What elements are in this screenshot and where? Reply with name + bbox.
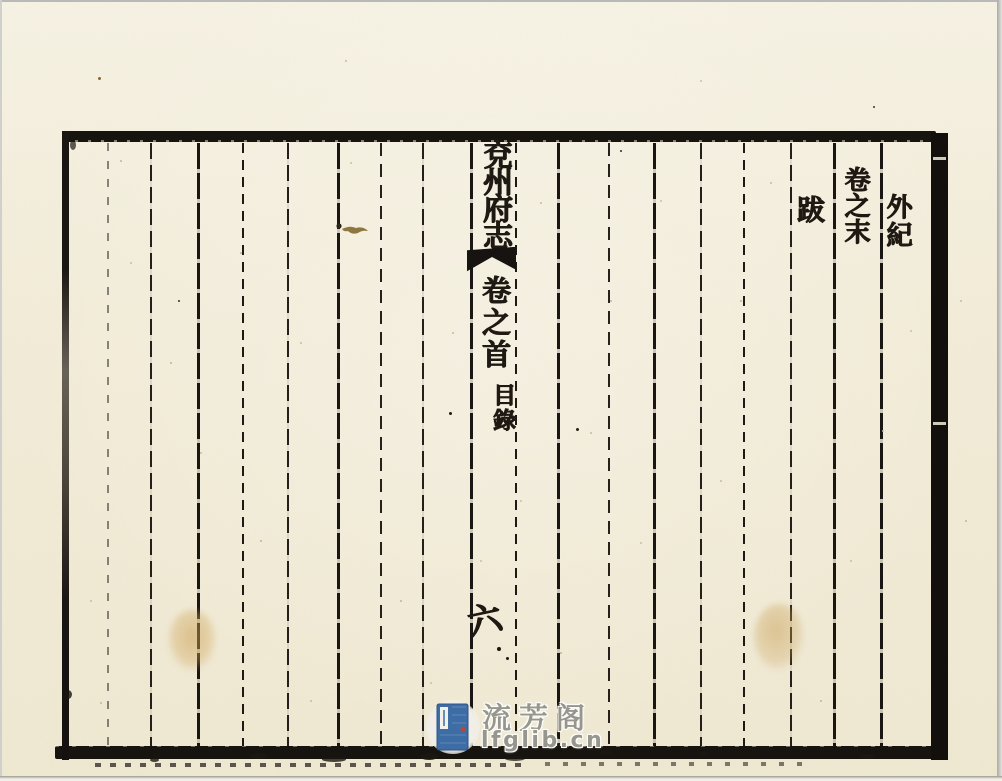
watermark-site-url: lfglib.cn [481, 728, 604, 753]
speck [260, 540, 262, 542]
speck [660, 200, 662, 202]
speck [740, 300, 742, 302]
column-rule [150, 143, 152, 746]
speck [960, 300, 962, 302]
ink-blob [322, 757, 346, 762]
ink-blob [250, 753, 266, 759]
column-rule [653, 143, 656, 746]
speck [310, 700, 312, 702]
scan-edge-left [0, 0, 2, 781]
speck [820, 700, 822, 702]
ink-blob [64, 690, 72, 699]
speck [452, 332, 454, 334]
frame-border-left [62, 131, 69, 760]
leaf-number: 六 [459, 598, 509, 640]
column-rule [287, 143, 289, 746]
speck [910, 330, 912, 332]
speck [590, 432, 592, 434]
speck [620, 150, 622, 152]
speck [882, 430, 884, 432]
fiber-smudge [336, 221, 372, 239]
column-heading-ba: 跋 [795, 195, 829, 223]
column-rule [380, 143, 382, 746]
book-title: 兗州府志 [468, 139, 516, 247]
speck [770, 182, 772, 184]
border-nick [933, 422, 946, 425]
scan-edge-bottom [0, 776, 1002, 781]
speck [430, 682, 432, 684]
frame-border-right [931, 133, 948, 760]
volume-label: 卷之首 [468, 275, 516, 371]
speck [610, 300, 612, 302]
speck [497, 647, 501, 651]
speck [720, 480, 722, 482]
speck [873, 106, 875, 108]
border-nick [933, 157, 946, 160]
speck [98, 77, 101, 80]
paper-stain [754, 604, 804, 670]
speck [640, 542, 642, 544]
column-rule [242, 143, 244, 746]
column-rule [422, 143, 424, 746]
speck [200, 452, 202, 454]
site-watermark: 流芳阁 lfglib.cn [424, 694, 604, 764]
speck [540, 202, 542, 204]
column-heading-juanzhimo: 卷之末 [842, 166, 874, 244]
speck [178, 300, 180, 302]
column-rule [743, 143, 745, 746]
speck [520, 500, 522, 502]
speck [300, 342, 302, 344]
column-heading-waiji: 外紀 [884, 193, 916, 249]
paper-stain [168, 610, 216, 670]
speck [90, 600, 92, 602]
scan-edge-top [0, 0, 1002, 2]
speck [120, 160, 122, 162]
ink-blob [150, 758, 159, 762]
speck [170, 362, 172, 364]
speck [350, 162, 352, 164]
section-label: 目錄 [487, 383, 519, 433]
speck [576, 428, 579, 431]
column-rule [608, 143, 610, 746]
scan-edge-right [997, 0, 1002, 781]
ink-blob [700, 752, 710, 756]
speck [850, 560, 852, 562]
speck [100, 702, 102, 704]
speck [965, 520, 967, 522]
fishtail-ornament-icon [467, 247, 517, 276]
column-rule [833, 143, 836, 746]
speck [400, 600, 402, 602]
speck [700, 622, 702, 624]
column-rule [107, 143, 109, 746]
speck [700, 80, 702, 82]
speck [345, 60, 347, 62]
thread-bound-book-icon [436, 703, 470, 751]
ink-blob [860, 754, 874, 759]
scanned-book-page: 兗州府志 卷之首 目錄 六 外紀 卷之末 跋 流芳阁 lfglib [0, 0, 1002, 781]
column-rule [700, 143, 702, 746]
ink-blob [70, 140, 76, 150]
speck [480, 560, 482, 562]
speck [130, 262, 132, 264]
speck [240, 252, 242, 254]
column-rule [557, 143, 560, 746]
speck [560, 652, 562, 654]
speck [449, 412, 452, 415]
speck [506, 657, 509, 660]
